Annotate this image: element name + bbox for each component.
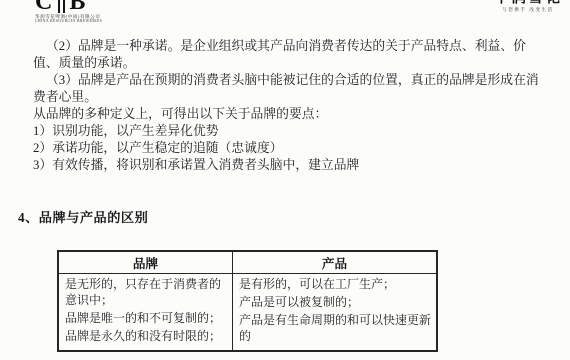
product-point: 产品是有生命周期的和可以快速更新的 xyxy=(239,313,431,344)
section-heading: 4、品牌与产品的区别 xyxy=(18,207,148,226)
brand-slogan: 与您携手 改变生活 xyxy=(494,8,562,13)
brand-mark: 华润雪花 xyxy=(494,0,562,6)
brand-cell: 是无形的，只存在于消费者的意识中； 品牌是唯一的和不可复制的； 品牌是永久的和没… xyxy=(59,274,233,350)
brand-point: 是无形的，只存在于消费者的意识中； xyxy=(65,277,227,308)
brand-point: 品牌是永久的和没有时限的； xyxy=(65,329,227,345)
product-point: 产品是可以被复制的； xyxy=(239,295,431,311)
company-logo: C B 华润雪花啤酒(中国)有限公司 CHINA RESOURCES BREWE… xyxy=(35,0,102,24)
comparison-table: 品牌 产品 是无形的，只存在于消费者的意识中； 品牌是唯一的和不可复制的； 品牌… xyxy=(57,250,438,352)
paragraph-brand-position: （3）品牌是产品在预期的消费者头脑中能被记住的合适的位置，真正的品牌是形成在消费… xyxy=(33,72,539,106)
logo-letter-c: C xyxy=(35,0,53,14)
product-cell: 是有形的，可以在工厂生产； 产品是可以被复制的； 产品是有生命周期的和可以快速更… xyxy=(233,274,436,350)
logo-bars-icon xyxy=(56,0,66,13)
brand-point: 品牌是唯一的和不可复制的； xyxy=(65,311,227,327)
table-body-row: 是无形的，只存在于消费者的意识中； 品牌是唯一的和不可复制的； 品牌是永久的和没… xyxy=(59,274,436,350)
list-item-identify: 1）识别功能，以产生差异化优势 xyxy=(33,123,539,140)
paragraph-lead-in: 从品牌的多种定义上，可得出以下关于品牌的要点： xyxy=(33,106,539,123)
table-header-product: 产品 xyxy=(233,252,436,273)
paragraph-brand-promise: （2）品牌是一种承诺。是企业组织或其产品向消费者传达的关于产品特点、利益、价值、… xyxy=(33,38,539,72)
document-body: （2）品牌是一种承诺。是企业组织或其产品向消费者传达的关于产品特点、利益、价值、… xyxy=(33,38,539,174)
logo-letter-b: B xyxy=(69,0,86,14)
scanned-document-page: C B 华润雪花啤酒(中国)有限公司 CHINA RESOURCES BREWE… xyxy=(0,0,570,360)
company-logo-letters: C B xyxy=(35,0,102,14)
table-header-brand: 品牌 xyxy=(59,252,233,273)
list-item-communicate: 3）有效传播，将识别和承诺置入消费者头脑中，建立品牌 xyxy=(33,157,539,174)
table-header-row: 品牌 产品 xyxy=(59,252,436,274)
product-point: 是有形的，可以在工厂生产； xyxy=(239,277,431,293)
company-name-en: CHINA RESOURCES BREWERIES xyxy=(35,20,102,24)
list-item-promise: 2）承诺功能，以产生稳定的追随（忠诚度） xyxy=(33,140,539,157)
brand-logo: 华润雪花 与您携手 改变生活 xyxy=(494,0,562,12)
